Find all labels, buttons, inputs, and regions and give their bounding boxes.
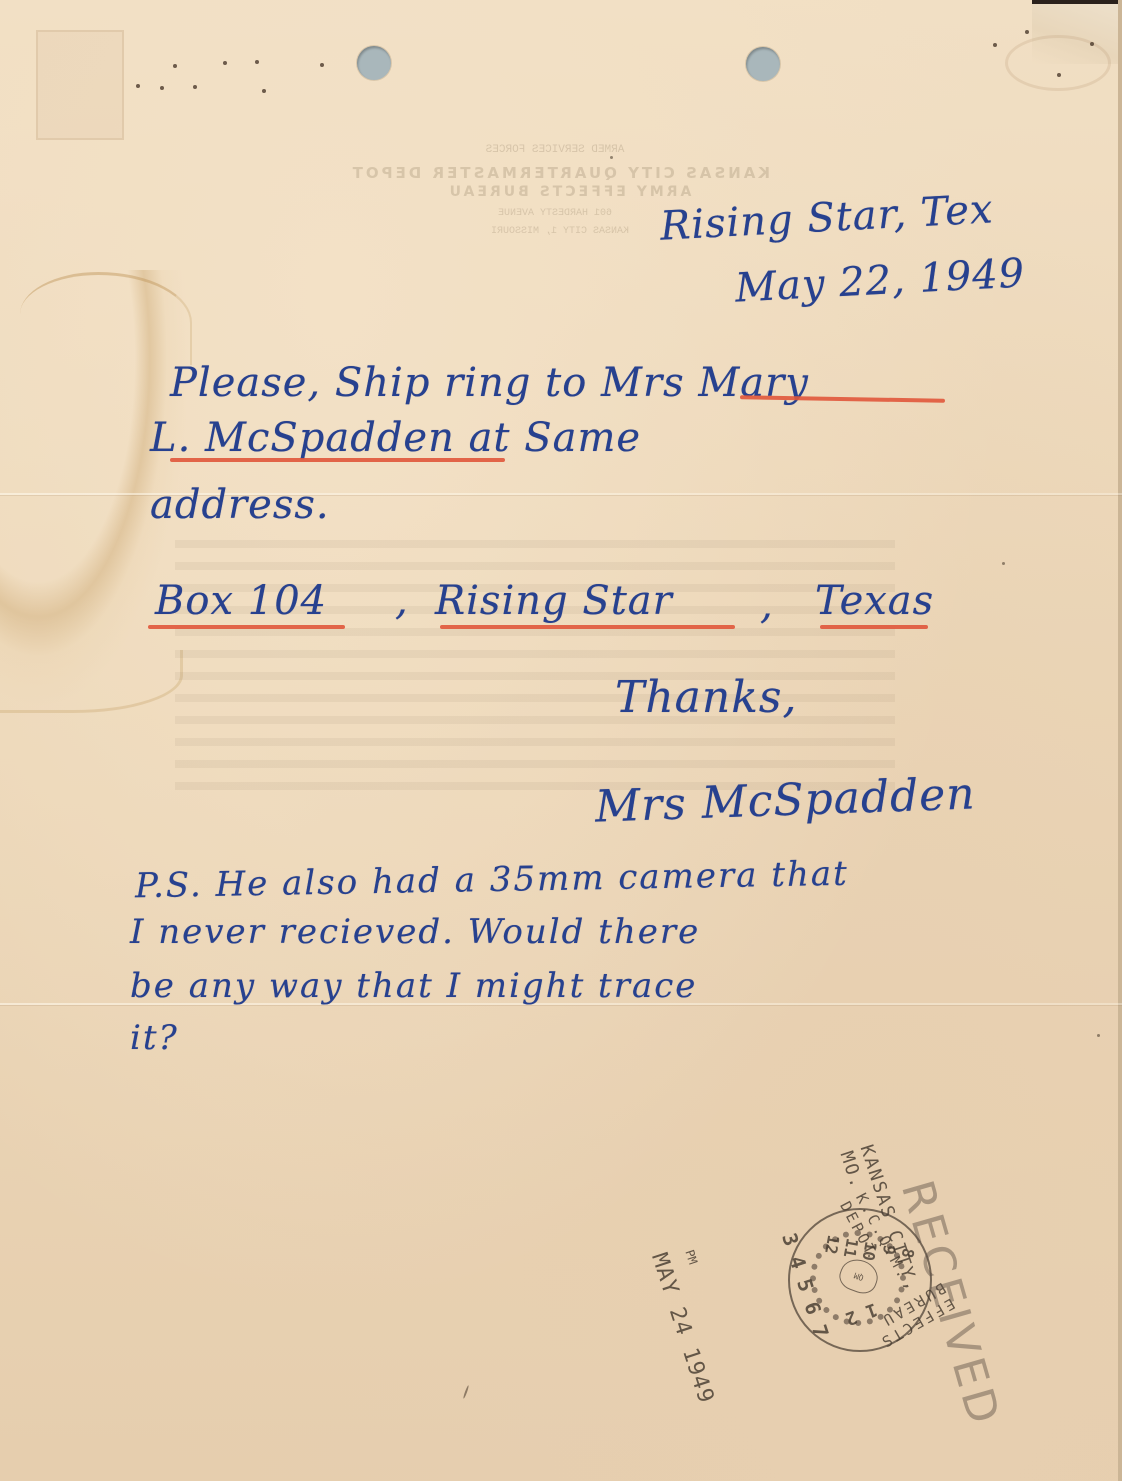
pin-hole — [262, 89, 266, 93]
body-line-3: address. — [150, 482, 330, 528]
paper-mark — [463, 1385, 470, 1399]
underline-state — [820, 625, 928, 629]
pin-hole — [193, 85, 197, 89]
bleed-through-line: KANSAS CITY 1, MISSOURI — [465, 226, 655, 237]
pin-hole — [136, 84, 140, 88]
bleed-through-line: 601 HARDESTY AVENUE — [475, 208, 635, 219]
punch-hole-right — [746, 47, 780, 81]
pin-hole — [223, 61, 227, 65]
body-line-2: L. McSpadden at Same — [150, 415, 641, 461]
page-edge — [1118, 0, 1122, 1481]
paper-speck — [1097, 1034, 1100, 1037]
address-state: Texas — [815, 578, 934, 624]
address-city: Rising Star — [435, 578, 673, 624]
pin-hole — [1090, 42, 1094, 46]
address-box: Box 104 — [155, 578, 327, 624]
bleed-through-letterhead: ARMY EFFECTS BUREAU — [444, 184, 694, 200]
closing: Thanks, — [615, 672, 797, 723]
stamp-date: MAY 24 1949 — [646, 1250, 718, 1407]
paper-speck — [1002, 562, 1005, 565]
pin-hole — [1057, 73, 1061, 77]
bleed-through-letterhead: KANSAS CITY QUARTERMASTER DEPOT — [374, 164, 770, 182]
paper-speck — [610, 156, 613, 159]
postscript-line-1: P.S. He also had a 35mm camera that — [135, 854, 849, 906]
date-line: May 22, 1949 — [734, 250, 1026, 311]
underline-box — [148, 625, 345, 629]
ghost-postage-stamp — [36, 30, 124, 140]
postscript-line-4: it? — [130, 1018, 179, 1058]
pin-hole — [160, 86, 164, 90]
stamp-time-mark: PM — [682, 1248, 700, 1266]
underline-mcspadden — [170, 458, 505, 462]
pin-hole — [320, 63, 324, 67]
address-comma: , — [760, 582, 774, 628]
address-comma: , — [395, 578, 409, 624]
bleed-through-line: ARMED SERVICES FORCES — [470, 144, 640, 156]
place-line: Rising Star, Tex — [659, 186, 995, 249]
letter-page: ARMED SERVICES FORCES KANSAS CITY QUARTE… — [0, 0, 1122, 1481]
received-stamp: MAY 24 1949 PM KANSAS CITY, MO. QM 3 4 5… — [690, 1170, 990, 1430]
body-line-1: Please, Ship ring to Mrs Mary — [170, 360, 809, 406]
pin-hole — [1025, 30, 1029, 34]
underline-city — [440, 625, 735, 629]
ghost-oval-mark — [1005, 35, 1111, 91]
pin-hole — [255, 60, 259, 64]
pin-hole — [993, 43, 997, 47]
postscript-line-2: I never recieved. Would there — [130, 912, 700, 952]
punch-hole-left — [357, 46, 391, 80]
postscript-line-3: be any way that I might trace — [130, 966, 697, 1006]
pin-hole — [173, 64, 177, 68]
